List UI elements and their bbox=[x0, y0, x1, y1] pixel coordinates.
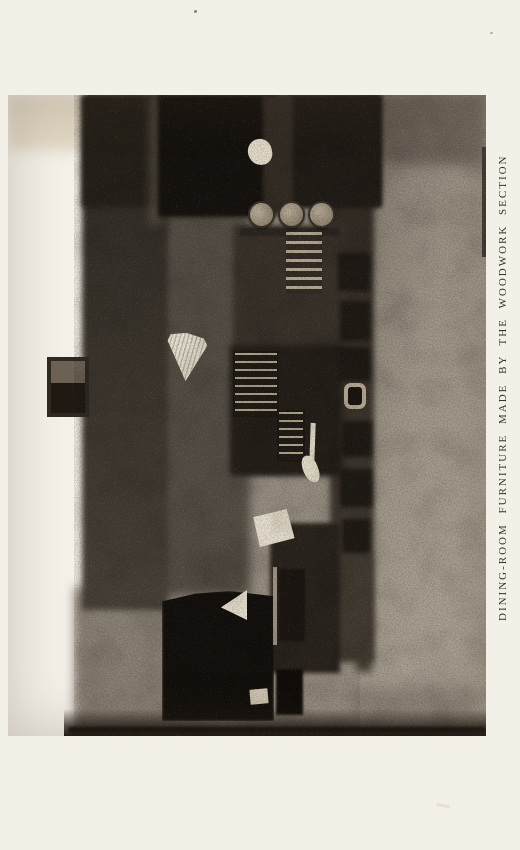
print-speck-right bbox=[490, 32, 493, 34]
chair-block bbox=[338, 347, 370, 381]
photo-smudge bbox=[188, 550, 248, 580]
plate-caption-text: DINING-ROOM FURNITURE MADE BY THE WOODWO… bbox=[497, 154, 509, 621]
slatted-chair-backs bbox=[233, 351, 279, 417]
photo-wall-right bbox=[290, 95, 382, 207]
photo-floor-streak bbox=[356, 557, 372, 672]
dark-furniture-block bbox=[279, 569, 305, 641]
chair-block bbox=[342, 519, 370, 553]
chair-block bbox=[342, 421, 372, 457]
chair-block bbox=[340, 301, 370, 341]
slatted-chair-backs-lower bbox=[277, 410, 305, 462]
chair-block bbox=[338, 253, 370, 291]
display-plate-3 bbox=[308, 201, 335, 228]
photo-plate bbox=[8, 95, 486, 736]
plate-rack bbox=[286, 232, 322, 294]
print-speck-top bbox=[194, 10, 197, 13]
chair-block bbox=[340, 469, 372, 507]
white-label-card bbox=[249, 688, 268, 705]
photo-right-edge bbox=[482, 147, 486, 257]
plate-caption: DINING-ROOM FURNITURE MADE BY THE WOODWO… bbox=[495, 159, 511, 621]
display-plates bbox=[248, 201, 338, 231]
door-jamb-highlight bbox=[273, 567, 277, 645]
display-plate-2 bbox=[278, 201, 305, 228]
photo-ceiling-tint bbox=[8, 95, 88, 150]
chair-mirror-ring bbox=[344, 383, 366, 409]
print-smudge-bottom bbox=[436, 803, 450, 809]
book-page: DINING-ROOM FURNITURE MADE BY THE WOODWO… bbox=[0, 0, 520, 850]
photo-bottom-edge bbox=[68, 727, 486, 733]
display-plate-1 bbox=[248, 201, 275, 228]
wall-window-frame bbox=[47, 357, 89, 417]
